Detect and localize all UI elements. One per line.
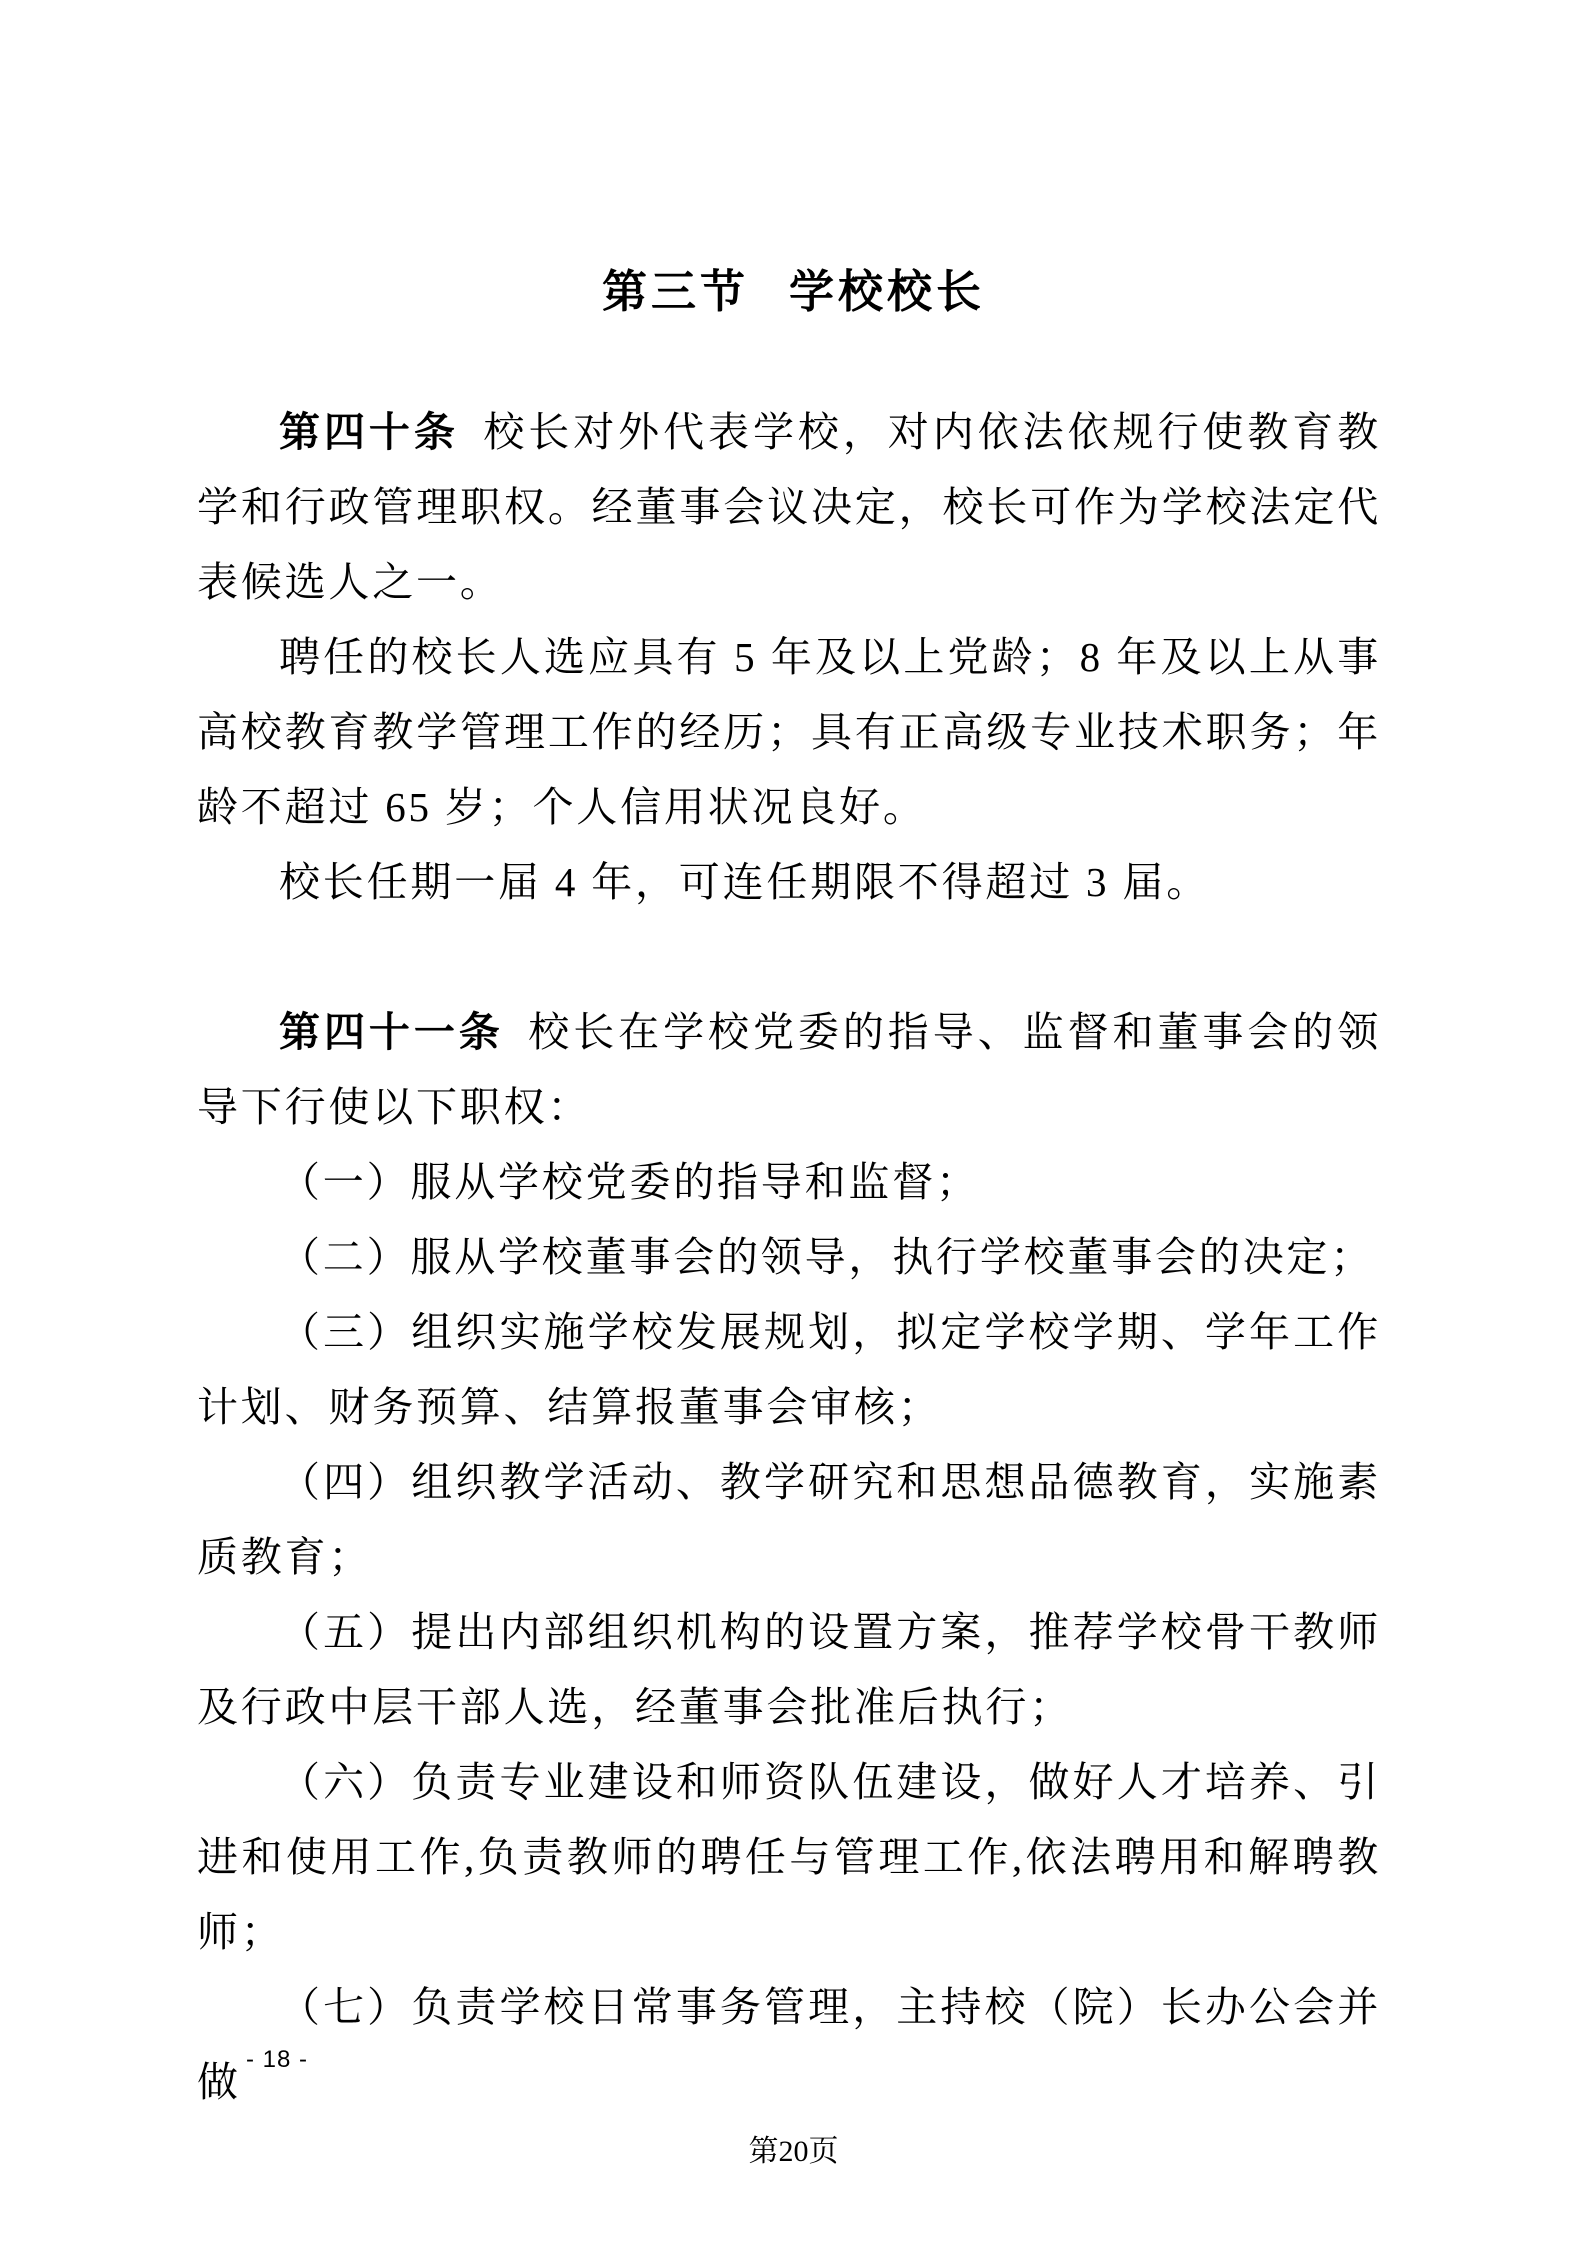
list-item-3: （三）组织实施学校发展规划，拟定学校学期、学年工作计划、财务预算、结算报董事会审…: [197, 1295, 1381, 1445]
paragraph-text: （三）组织实施学校发展规划，拟定学校学期、学年工作计划、财务预算、结算报董事会审…: [197, 1309, 1381, 1430]
list-item-2: （二）服从学校董事会的领导，执行学校董事会的决定；: [197, 1220, 1381, 1295]
article-number: 第四十一条: [279, 1009, 504, 1055]
footer-page-number: - 18 -: [246, 2046, 308, 2074]
paragraph-article-40: 第四十条校长对外代表学校，对内依法依规行使教育教学和行政管理职权。经董事会议决定…: [197, 395, 1381, 620]
list-item-1: （一）服从学校党委的指导和监督；: [197, 1145, 1381, 1220]
list-item-6: （六）负责专业建设和师资队伍建设，做好人才培养、引进和使用工作,负责教师的聘任与…: [197, 1745, 1381, 1970]
paragraph-text: 校长任期一届 4 年，可连任期限不得超过 3 届。: [279, 859, 1210, 905]
list-item-4: （四）组织教学活动、教学研究和思想品德教育，实施素质教育；: [197, 1445, 1381, 1595]
document-body: 第四十条校长对外代表学校，对内依法依规行使教育教学和行政管理职权。经董事会议决定…: [197, 395, 1381, 2120]
paragraph-text: （一）服从学校党委的指导和监督；: [279, 1159, 980, 1205]
paragraph-text: 聘任的校长人选应具有 5 年及以上党龄；8 年及以上从事高校教育教学管理工作的经…: [197, 634, 1381, 830]
paragraph-appointment-criteria: 聘任的校长人选应具有 5 年及以上党龄；8 年及以上从事高校教育教学管理工作的经…: [197, 620, 1381, 845]
paragraph-text: （七）负责学校日常事务管理，主持校（院）长办公会并做: [197, 1984, 1381, 2105]
paragraph-text: （五）提出内部组织机构的设置方案，推荐学校骨干教师及行政中层干部人选，经董事会批…: [197, 1609, 1381, 1730]
paragraph-text: （六）负责专业建设和师资队伍建设，做好人才培养、引进和使用工作,负责教师的聘任与…: [197, 1759, 1381, 1955]
document-page: 第三节 学校校长 第四十条校长对外代表学校，对内依法依规行使教育教学和行政管理职…: [0, 0, 1587, 2245]
list-item-5: （五）提出内部组织机构的设置方案，推荐学校骨干教师及行政中层干部人选，经董事会批…: [197, 1595, 1381, 1745]
paragraph-text: （二）服从学校董事会的领导，执行学校董事会的决定；: [279, 1234, 1374, 1280]
paragraph-text: （四）组织教学活动、教学研究和思想品德教育，实施素质教育；: [197, 1459, 1381, 1580]
section-title: 第三节 学校校长: [0, 263, 1587, 321]
article-number: 第四十条: [279, 409, 459, 455]
footer-page-label: 第20页: [0, 2126, 1587, 2170]
paragraph-article-41: 第四十一条校长在学校党委的指导、监督和董事会的领导下行使以下职权：: [197, 995, 1381, 1145]
paragraph-term-limit: 校长任期一届 4 年，可连任期限不得超过 3 届。: [197, 845, 1381, 920]
list-item-7: （七）负责学校日常事务管理，主持校（院）长办公会并做: [197, 1970, 1381, 2120]
